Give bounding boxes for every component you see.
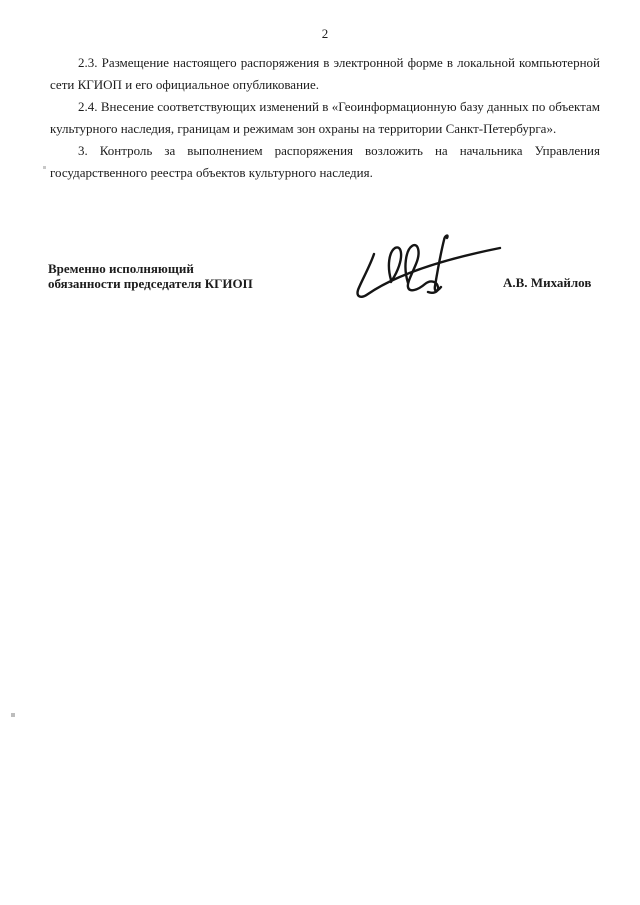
paragraph-2-3-line-1: 2.3. Размещение настоящего распоряжения … <box>50 52 600 74</box>
page-number: 2 <box>50 27 600 40</box>
document-body: 2.3. Размещение настоящего распоряжения … <box>50 52 600 184</box>
paragraph-2-4-line-2: культурного наследия, границам и режимам… <box>50 118 600 140</box>
handwritten-signature-icon <box>348 226 504 312</box>
signatory-position-line-2: обязанности председателя КГИОП <box>48 276 253 291</box>
scan-artifact-dot <box>11 713 15 717</box>
paragraph-3-line-1: 3. Контроль за выполнением распоряжения … <box>50 140 600 162</box>
paragraph-2-4: 2.4. Внесение соответствующих изменений … <box>50 96 600 140</box>
scan-artifact-dot <box>43 166 46 169</box>
paragraph-2-3-line-2: сети КГИОП и его официальное опубликован… <box>50 74 600 96</box>
paragraph-3-line-2: государственного реестра объектов культу… <box>50 162 600 184</box>
document-page: 2 2.3. Размещение настоящего распоряжени… <box>0 0 640 905</box>
paragraph-2-3: 2.3. Размещение настоящего распоряжения … <box>50 52 600 96</box>
signatory-position-line-1: Временно исполняющий <box>48 261 253 276</box>
paragraph-3: 3. Контроль за выполнением распоряжения … <box>50 140 600 184</box>
signatory-position: Временно исполняющий обязанности председ… <box>48 261 253 291</box>
paragraph-2-4-line-1: 2.4. Внесение соответствующих изменений … <box>50 96 600 118</box>
signer-name: А.В. Михайлов <box>503 275 591 290</box>
